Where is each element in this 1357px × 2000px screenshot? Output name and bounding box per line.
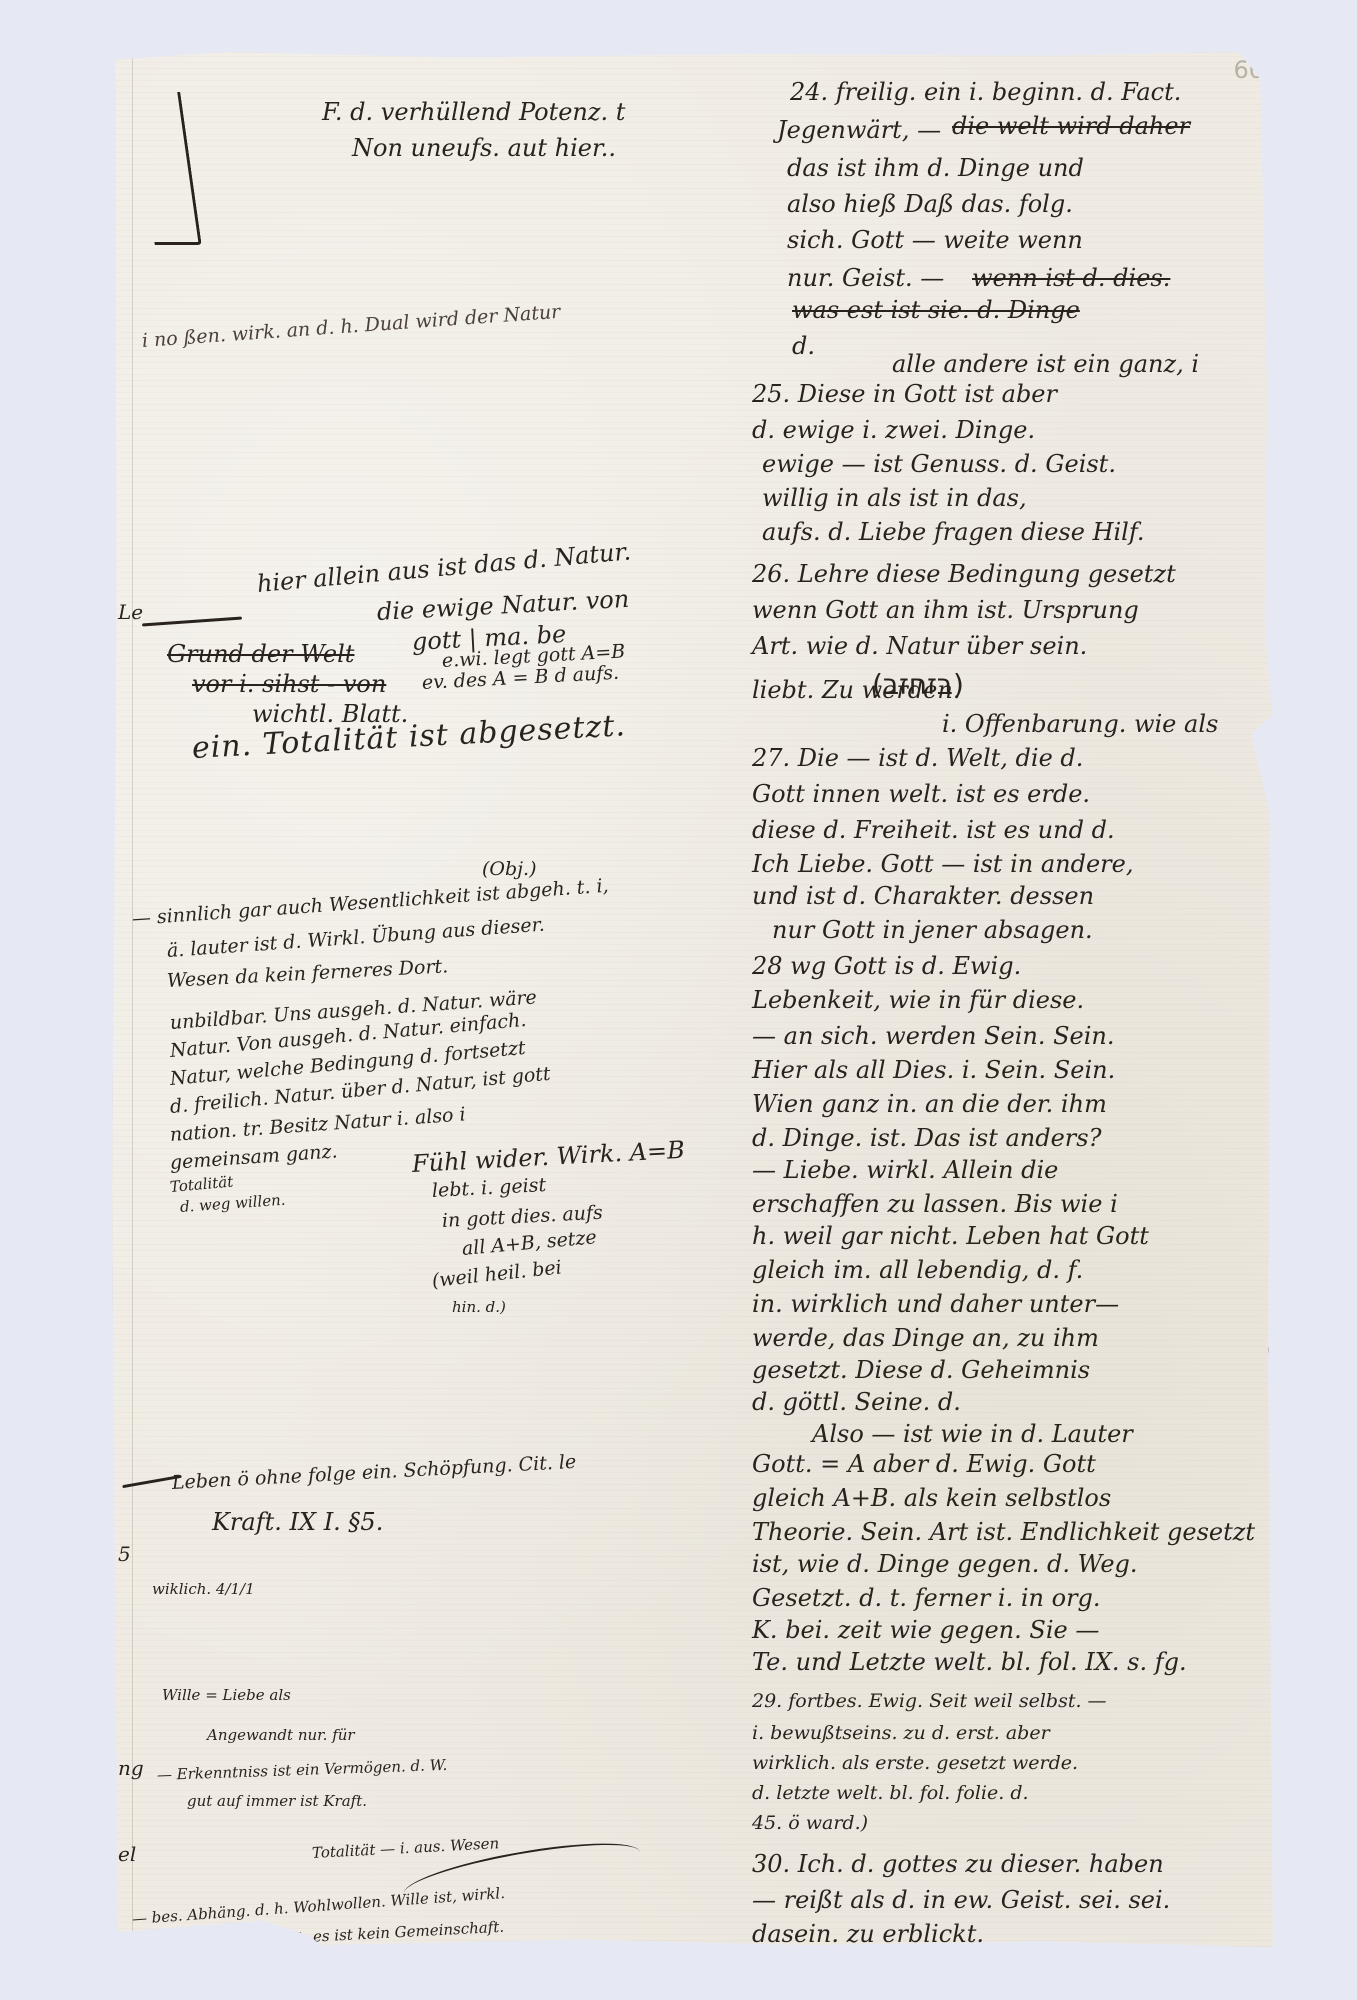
entry-28b-line-9: Te. und Letzte welt. bl. fol. IX. s. fg. (752, 1650, 1187, 1674)
block5-line-7: erlaubt in welt. es ist kein Gemeinschaf… (192, 1920, 505, 1951)
fold-line (132, 52, 133, 1947)
entry-28a-line-4: Hier als all Dies. i. Sein. Sein. (752, 1058, 1115, 1082)
entry-30-line-2: — reißt als d. in ew. Geist. sei. sei. (752, 1888, 1170, 1912)
folio-number: 60 (1233, 56, 1264, 84)
entry-28b-line-3: Gott. = A aber d. Ewig. Gott (752, 1452, 1096, 1476)
entry-25-line-4: ewige — ist Genuss. d. Geist. (762, 452, 1116, 476)
block3-side-2: lebt. i. geist (432, 1176, 547, 1201)
entry-28a-line-14: d. göttl. Seine. d. (752, 1390, 961, 1414)
entry-28a-line-5: Wien ganz in. an die der. ihm (752, 1092, 1107, 1116)
block3-line-11: d. weg willen. (179, 1193, 286, 1215)
block5-line-1: Wille = Liebe als (162, 1688, 291, 1703)
block2-line-2: die ewige Natur. von (376, 587, 629, 624)
block3-line-9: gemeinsam ganz. (169, 1142, 338, 1173)
entry-28b-line-8: K. bei. zeit wie gegen. Sie — (752, 1618, 1099, 1642)
entry-29-line-1: 29. fortbes. Ewig. Seit weil selbst. — (752, 1692, 1107, 1711)
left-note-1: i no ßen. wirk. an d. h. Dual wird der N… (141, 303, 561, 351)
block3-side-5: (weil heil. bei (431, 1258, 563, 1291)
manuscript-page: 60 F. d. verhüllend Potenz. t Non uneufs… (112, 52, 1274, 1947)
block5-line-5: Totalität — i. aus. Wesen (312, 1836, 500, 1861)
ink-blot (1268, 1342, 1280, 1358)
entry-28a-line-13: gesetzt. Diese d. Geheimnis (752, 1358, 1090, 1382)
entry-28a-line-6: d. Dinge. ist. Das ist anders? (752, 1126, 1101, 1150)
entry-26-line-1: 26. Lehre diese Bedingung gesetzt (752, 562, 1176, 586)
entry-28b-line-6: ist, wie d. Dinge gegen. d. Weg. (752, 1552, 1138, 1576)
entry-30-line-1: 30. Ich. d. gottes zu dieser. haben (752, 1852, 1164, 1876)
entry-28a-line-3: — an sich. werden Sein. Sein. (752, 1024, 1114, 1048)
entry-24-line-5: sich. Gott — weite wenn (787, 228, 1083, 252)
entry-27-line-2: 27. Die — ist d. Welt, die d. (752, 746, 1083, 770)
entry-24-line-2: Jegenwärt, — (777, 118, 941, 142)
entry-24-line-3: das ist ihm d. Dinge und (787, 156, 1084, 180)
margin-fragment: 5 (118, 1542, 131, 1566)
left-heading-line-1: F. d. verhüllend Potenz. t (322, 100, 625, 124)
entry-24-line-4: also hieß Daß das. folg. (787, 192, 1073, 216)
entry-25-line-1: alle andere ist ein ganz, i (892, 352, 1199, 376)
entry-28a-line-7: — Liebe. wirkl. Allein die (752, 1158, 1058, 1182)
left-heading-line-2: Non uneufs. aut hier.. (352, 136, 616, 160)
entry-28b-line-1: Also — ist wie in d. Lauter (812, 1422, 1133, 1446)
entry-26-line-2: wenn Gott an ihm ist. Ursprung (752, 598, 1139, 622)
entry-24-line-7: d. (792, 334, 815, 358)
entry-28a-line-1: 28 wg Gott is d. Ewig. (752, 954, 1021, 978)
block5-line-9: weiß d. Wesen. (552, 1972, 667, 1987)
block2-struck-1: Grund der Welt (167, 642, 354, 666)
block4-line-3: wiklich. 4/1/1 (152, 1582, 255, 1597)
block3-side-1: Fühl wider. Wirk. A=B (411, 1138, 685, 1176)
block3-heading: (Obj.) (482, 860, 537, 879)
entry-25-line-6: aufs. d. Liebe fragen diese Hilf. (762, 520, 1145, 544)
entry-29-line-2: i. bewußtseins. zu d. erst. aber (752, 1724, 1050, 1743)
block5-line-4: gut auf immer ist Kraft. (187, 1794, 367, 1809)
entry-28a-line-2: Lebenkeit, wie in für diese. (752, 988, 1084, 1012)
margin-fragment: ng (118, 1756, 144, 1780)
block5-line-8: Sententia da beg. d. A = B vorgesetzt. (252, 1946, 544, 1971)
entry-28a-line-10: gleich im. all lebendig, d. f. (752, 1258, 1083, 1282)
entry-25-line-3: d. ewige i. zwei. Dinge. (752, 418, 1035, 442)
block4-line-2: Kraft. IX I. §5. (212, 1510, 383, 1534)
entry-24-struck-2: wenn ist d. dies. (972, 266, 1170, 290)
block5-line-2: Angewandt nur. für (207, 1728, 355, 1743)
entry-28a-line-11: in. wirklich und daher unter— (752, 1292, 1119, 1316)
entry-24-line-1: 24. freilig. ein i. beginn. d. Fact. (790, 80, 1181, 104)
margin-fragment: Le (118, 600, 143, 624)
entry-27-line-1: i. Offenbarung. wie als (942, 712, 1218, 736)
entry-28a-line-8: erschaffen zu lassen. Bis wie i (752, 1192, 1118, 1216)
entry-24-line-6: nur. Geist. — (787, 266, 944, 290)
entry-27-line-5: Ich Liebe. Gott — ist in andere, (752, 852, 1133, 876)
block3-line-3: Wesen da kein ferneres Dort. (167, 957, 449, 991)
entry-28b-line-5: Theorie. Sein. Art ist. Endlichkeit gese… (752, 1520, 1255, 1544)
margin-fragment: el (118, 1842, 136, 1866)
entry-26-line-3: Art. wie d. Natur über sein. (752, 634, 1087, 658)
entry-24-struck-3: was est ist sie. d. Dinge (792, 298, 1080, 322)
bracket-mark-icon (133, 92, 202, 245)
hebrew-word: (בזחזב) (872, 668, 964, 701)
entry-29-line-3: wirklich. als erste. gesetzt werde. (752, 1754, 1078, 1773)
entry-29-line-4: d. letzte welt. bl. fol. folie. d. (752, 1784, 1029, 1803)
entry-29-line-5: 45. ö ward.) (752, 1814, 868, 1833)
entry-24-struck-1: die welt wird daher (952, 114, 1190, 138)
entry-28a-line-12: werde, das Dinge an, zu ihm (752, 1326, 1099, 1350)
entry-28a-line-9: h. weil gar nicht. Leben hat Gott (752, 1224, 1149, 1248)
entry-27-line-6: und ist d. Charakter. dessen (752, 884, 1094, 908)
block4-line-1: Leben ö ohne folge ein. Schöpfung. Cit. … (172, 1453, 577, 1493)
block3-line-10: Totalität (169, 1174, 234, 1194)
entry-28b-line-4: gleich A+B. als kein selbstlos (752, 1486, 1111, 1510)
block2-struck-2: vor i. sihst - von (192, 672, 386, 696)
block3-side-4: all A+B, setze (461, 1228, 597, 1259)
entry-25-line-2: 25. Diese in Gott ist aber (752, 382, 1057, 406)
entry-25-line-5: willig in als ist in das, (762, 486, 1027, 510)
entry-27-line-4: diese d. Freiheit. ist es und d. (752, 818, 1115, 842)
entry-28b-line-7: Gesetzt. d. t. ferner i. in org. (752, 1586, 1101, 1610)
block3-side-6: hin. d.) (452, 1300, 506, 1315)
entry-27-line-7: nur Gott in jener absagen. (772, 918, 1093, 942)
entry-30-line-3: dasein. zu erblickt. (752, 1922, 984, 1946)
block5-line-3: — Erkenntniss ist ein Vermögen. d. W. (157, 1758, 448, 1783)
pointer-stroke (142, 617, 242, 627)
entry-27-line-3: Gott innen welt. ist es erde. (752, 782, 1090, 806)
